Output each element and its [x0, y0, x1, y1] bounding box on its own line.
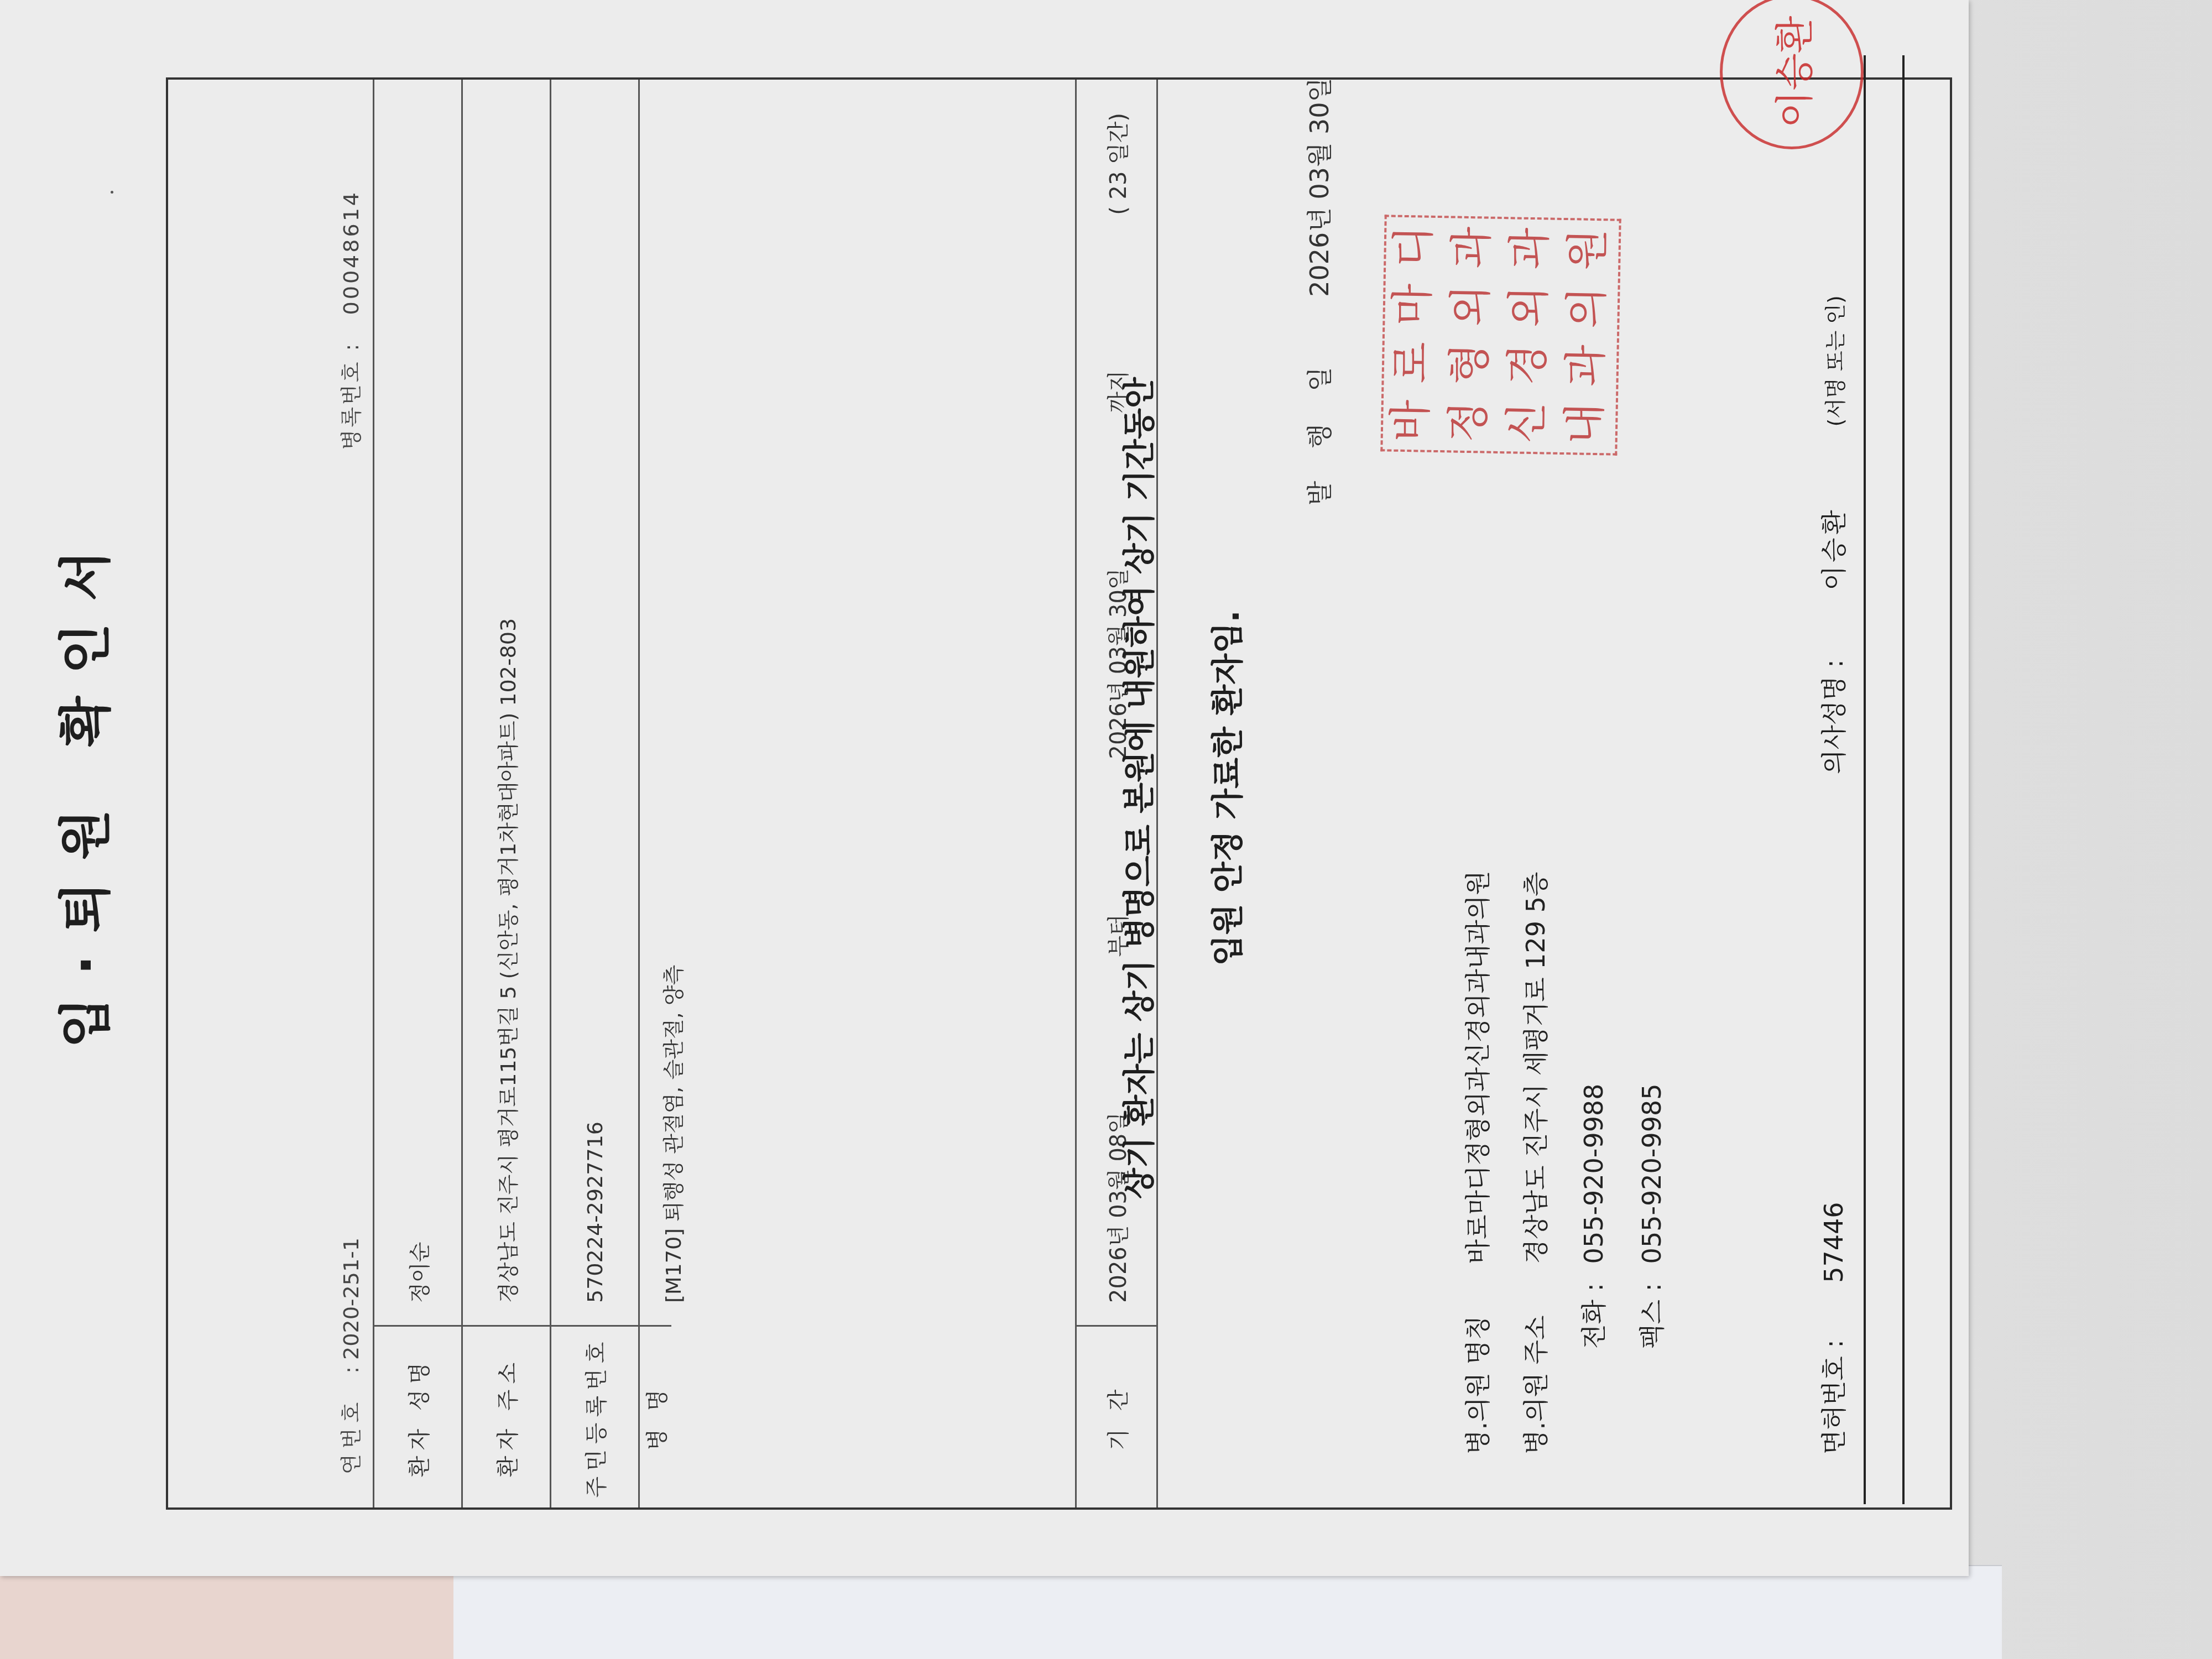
seal-glyph: 마 — [1385, 275, 1444, 334]
seal-glyph: 외 — [1501, 277, 1560, 336]
hospital-fax: 055-920-9985 — [1637, 1084, 1667, 1264]
hospital-seal-stamp: 바로마디 정형외과 신경외과 내과의원 — [1380, 215, 1621, 455]
patient-name-label: 환자 성명 — [374, 1325, 461, 1507]
diagnosis-label: 병 명 — [640, 1325, 671, 1507]
doctor-name: 이승환 — [1819, 507, 1849, 590]
row-patient-name: 환자 성명 정이순 — [373, 80, 461, 1507]
seal-glyph: 형 — [1442, 334, 1501, 393]
colon: : — [339, 324, 363, 351]
patient-info-table: 환자 성명 정이순 환자 주소 경상남도 진주시 평거로115번길 5 (신안동… — [373, 80, 1158, 1507]
seal-glyph: 의 — [1559, 278, 1618, 337]
resident-id-label: 주민등록번호 — [551, 1325, 638, 1507]
document-frame: 연번호 : 2020-251-1 병록번호 : 00048614 환자 성명 정… — [166, 77, 1952, 1510]
patient-address-label: 환자 주소 — [463, 1325, 550, 1507]
patient-name-value: 정이순 — [374, 80, 461, 1325]
serial-number: 연번호 : 2020-251-1 — [334, 1238, 364, 1474]
hospital-name-row: 병.의원 명칭 바로마디정형외과신경외과내과의원 — [1449, 870, 1507, 1454]
doctor-license: 면허번호 : 57446 — [1814, 1202, 1850, 1454]
hospital-name: 바로마디정형외과신경외과내과의원 — [1463, 870, 1493, 1264]
colon: : — [339, 1360, 363, 1374]
doctor-seal-stamp: 이승환 — [1720, 0, 1864, 149]
signature-rule — [1864, 55, 1866, 1504]
seal-glyph: 내 — [1557, 394, 1616, 453]
license-number: 57446 — [1819, 1202, 1849, 1282]
resident-id-value: 570224-2927716 — [551, 80, 638, 1325]
signature-label: 의사성명 : — [1819, 659, 1849, 774]
seal-glyph: 경 — [1500, 335, 1559, 394]
footer-rule — [1902, 55, 1905, 1504]
registration-label: 병록번호 — [339, 360, 363, 450]
issue-date: 발 행 일 2026년 03월 30일 — [1300, 77, 1336, 505]
hospital-phone-label: 전화 : — [1565, 1272, 1623, 1454]
seal-glyph: 과 — [1502, 219, 1561, 278]
seal-glyph: 외 — [1443, 276, 1502, 335]
seal-glyph: 신 — [1499, 393, 1558, 452]
hospital-fax-row: 팩스 : 055-920-9985 — [1623, 870, 1681, 1454]
hospital-info: 병.의원 명칭 바로마디정형외과신경외과내과의원 병.의원 주소 경상남도 진주… — [1449, 870, 1681, 1454]
serial-value: 2020-251-1 — [339, 1238, 363, 1360]
row-diagnosis: 병 명 [M170] 퇴행성 관절염, 슬관절, 양측 — [638, 80, 1075, 1507]
statement-line-2: 입원 안정 가료한 환자임. — [1183, 0, 1272, 1576]
registration-number: 병록번호 : 00048614 — [334, 190, 364, 450]
hospital-name-label: 병.의원 명칭 — [1449, 1272, 1507, 1454]
seal-glyph: 정 — [1441, 392, 1500, 451]
hospital-address-row: 병.의원 주소 경상남도 진주시 세평거로 129 5층 — [1507, 870, 1565, 1454]
hospital-address: 경상남도 진주시 세평거로 129 5층 — [1521, 872, 1551, 1264]
underlying-sheet — [453, 1565, 2002, 1659]
seal-glyph: 과 — [1444, 218, 1503, 277]
license-label: 면허번호 : — [1819, 1339, 1849, 1454]
seal-glyph: 과 — [1558, 336, 1617, 395]
seal-glyph: 원 — [1560, 220, 1619, 279]
document-title: 입·퇴원 확인서 — [44, 0, 119, 1576]
hospital-phone-row: 전화 : 055-920-9988 — [1565, 870, 1623, 1454]
issue-date-label: 발 행 일 — [1305, 354, 1334, 505]
certification-statement: 상기 환자는 상기 병명으로 본원에 내원하여 상기 기간동안 입원 안정 가료… — [1095, 0, 1272, 1576]
statement-line-1: 상기 환자는 상기 병명으로 본원에 내원하여 상기 기간동안 — [1095, 0, 1183, 1576]
signature-note: (서명 또는 인) — [1823, 295, 1848, 426]
hospital-address-label: 병.의원 주소 — [1507, 1272, 1565, 1454]
row-patient-address: 환자 주소 경상남도 진주시 평거로115번길 5 (신안동, 평거1차현대아파… — [461, 80, 550, 1507]
diagnosis-value: [M170] 퇴행성 관절염, 슬관절, 양측 — [640, 80, 687, 1325]
hospital-phone: 055-920-9988 — [1579, 1084, 1609, 1264]
issue-date-value: 2026년 03월 30일 — [1305, 77, 1334, 297]
seal-glyph: 디 — [1386, 217, 1445, 276]
doctor-signature: 의사성명 : 이승환 (서명 또는 인) — [1814, 295, 1850, 774]
document-page: 입·퇴원 확인서 연번호 : 2020-251-1 병록번호 : 0004861… — [0, 0, 1969, 1576]
seal-glyph: 바 — [1383, 391, 1442, 450]
seal-glyph: 로 — [1384, 333, 1443, 392]
patient-address-value: 경상남도 진주시 평거로115번길 5 (신안동, 평거1차현대아파트) 102… — [463, 80, 550, 1325]
paper-sheet: 입·퇴원 확인서 연번호 : 2020-251-1 병록번호 : 0004861… — [0, 0, 1969, 1576]
row-resident-id: 주민등록번호 570224-2927716 — [550, 80, 638, 1507]
serial-label: 연번호 — [339, 1397, 363, 1474]
registration-value: 00048614 — [339, 190, 363, 315]
hospital-fax-label: 팩스 : — [1623, 1272, 1681, 1454]
